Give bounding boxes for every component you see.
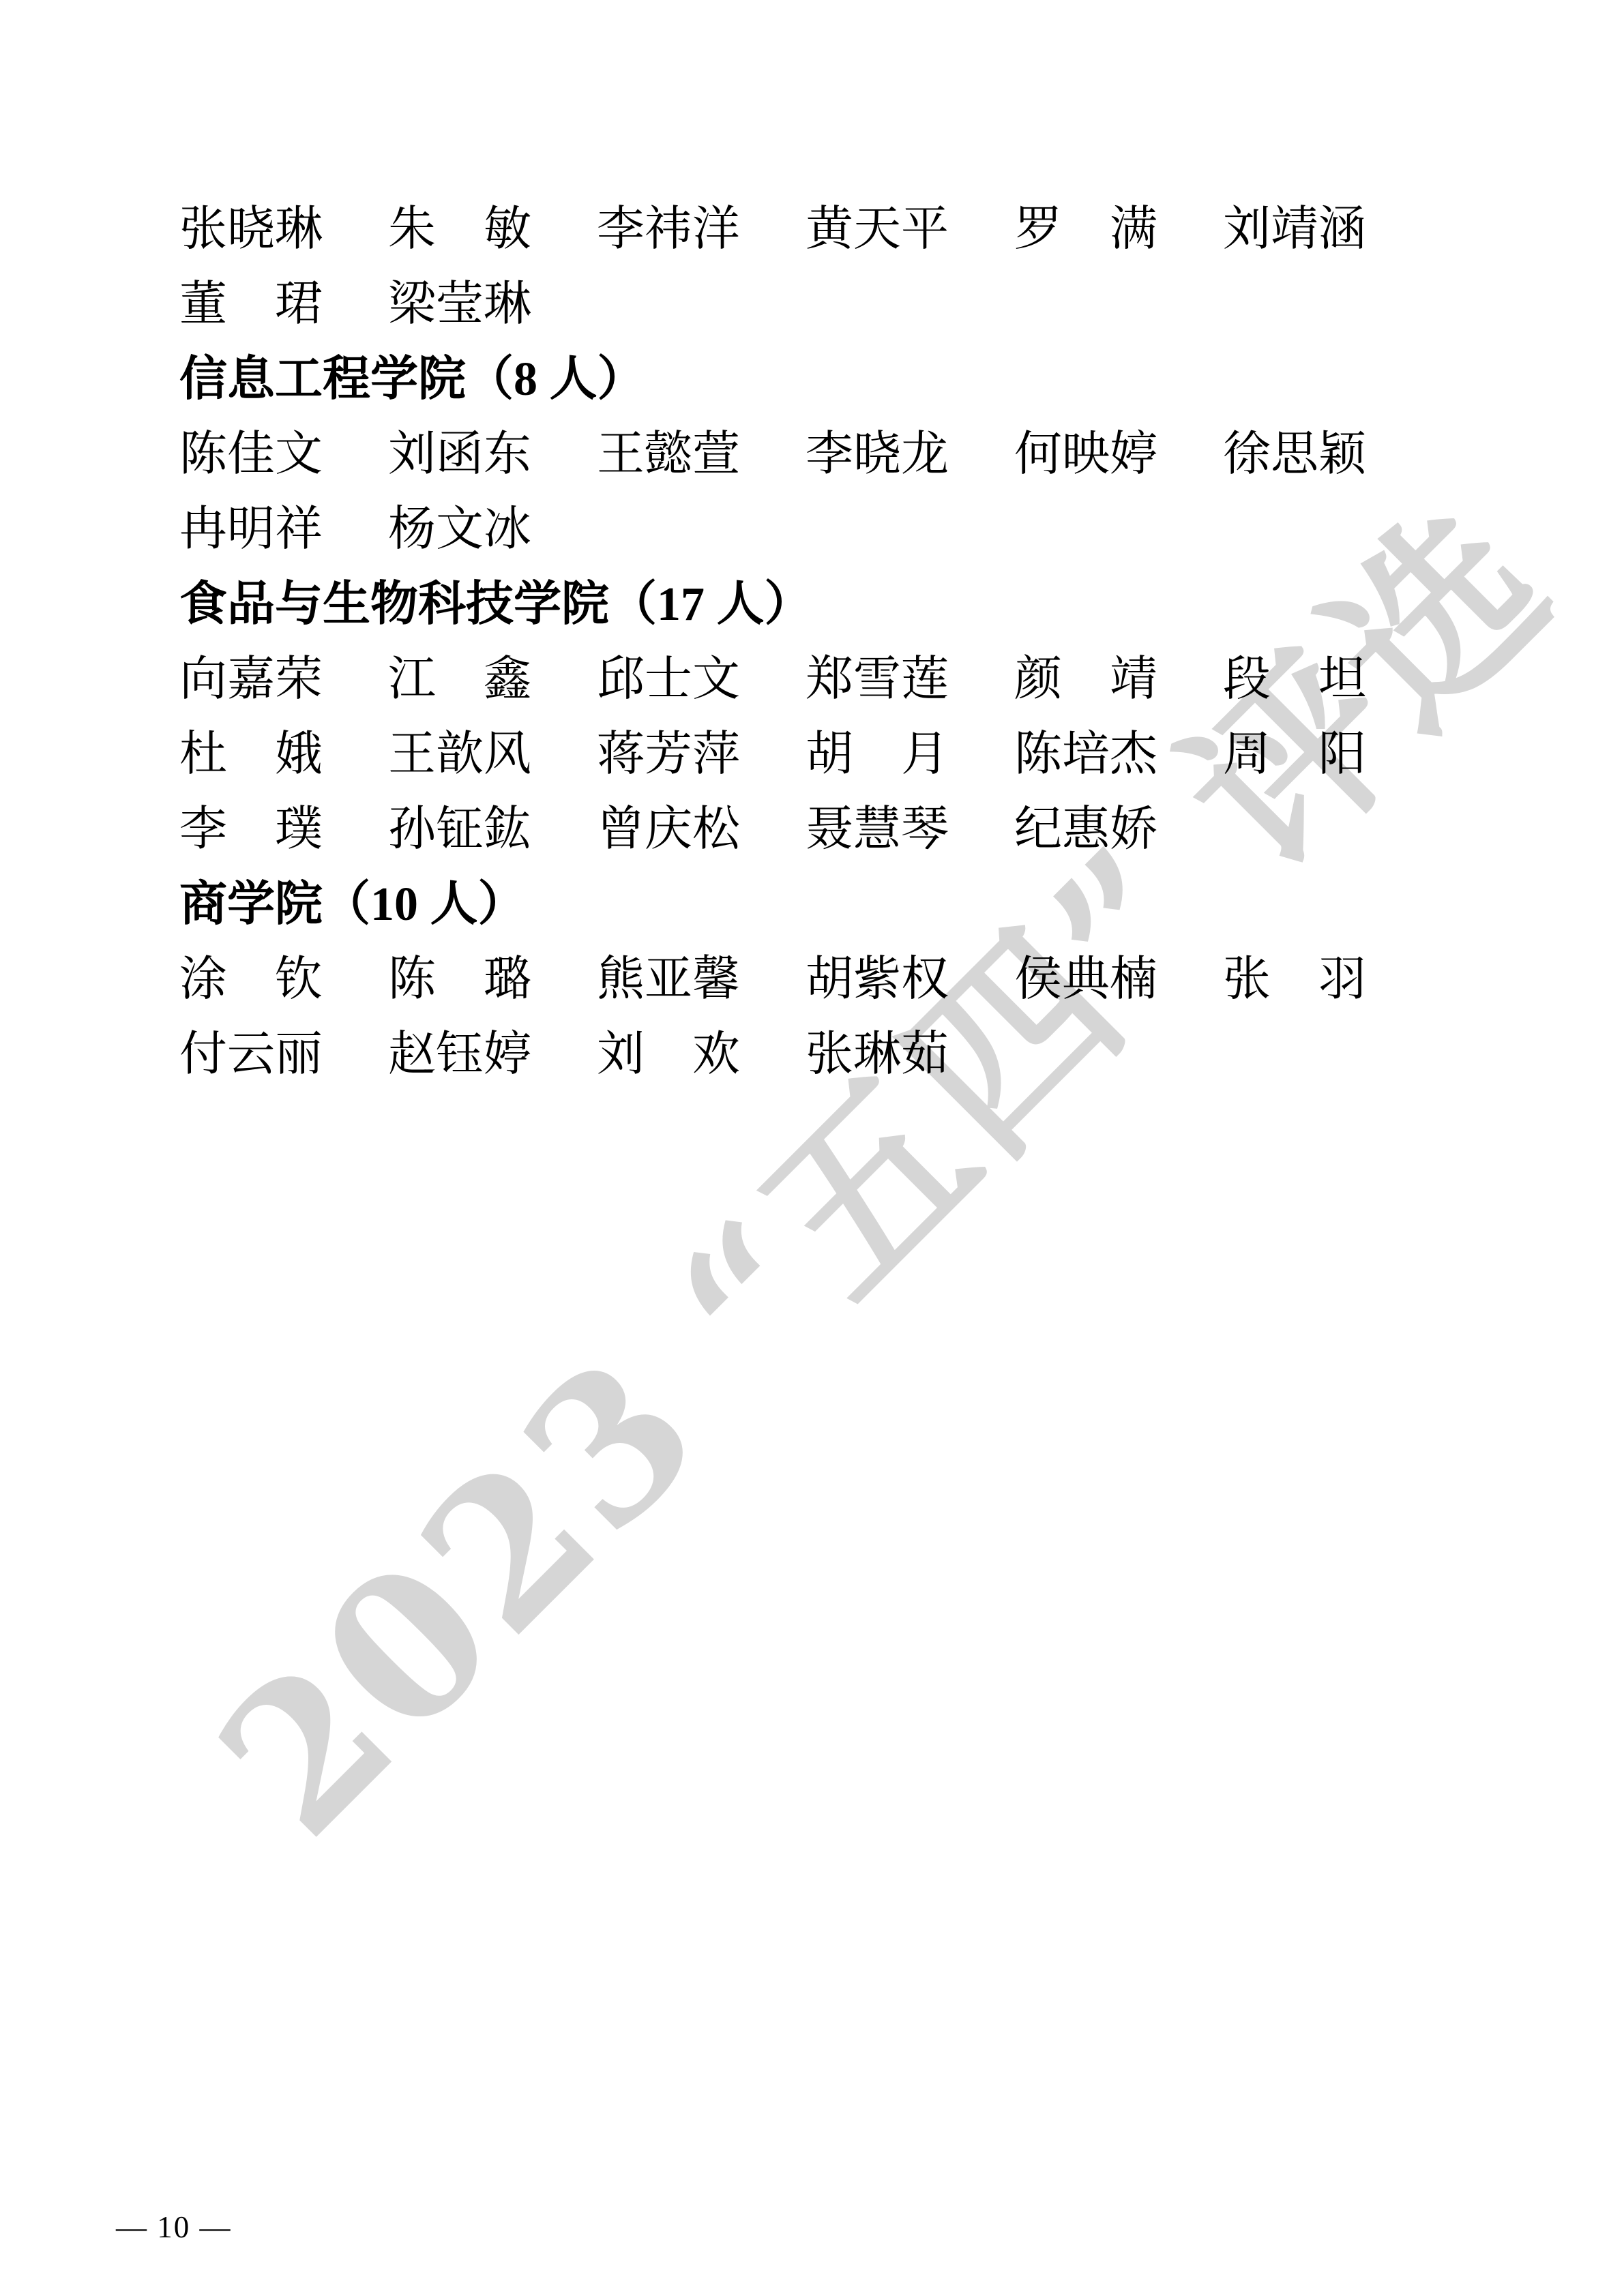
student-name: 侯典楠 — [1014, 942, 1159, 1017]
student-name: 张 羽 — [1223, 942, 1368, 1017]
student-name: 李祎洋 — [597, 192, 741, 267]
name-row: 杜 娥 王歆风 蒋芳萍 胡 月 陈培杰 周 阳 — [179, 717, 1475, 792]
student-name: 涂 钦 — [179, 942, 324, 1017]
name-row: 李 璞 孙钲鈜 曾庆松 聂慧琴 纪惠娇 — [179, 792, 1475, 867]
student-name: 赵钰婷 — [388, 1017, 533, 1092]
student-name: 郑雪莲 — [806, 642, 950, 717]
student-name: 李晓龙 — [806, 417, 950, 492]
student-name: 陈 璐 — [388, 942, 533, 1017]
student-name: 刘函东 — [388, 417, 533, 492]
document-page: 2023 “五四” 评选 张晓琳 朱 敏 李祎洋 黄天平 罗 满 刘靖涵 董 珺… — [0, 0, 1624, 2296]
name-row: 付云丽 赵钰婷 刘 欢 张琳茹 — [179, 1017, 1475, 1092]
student-name: 蒋芳萍 — [597, 717, 741, 792]
student-name: 杨文冰 — [388, 492, 533, 567]
student-name: 聂慧琴 — [806, 792, 950, 867]
student-name: 段 坦 — [1223, 642, 1368, 717]
student-name: 陈佳文 — [179, 417, 324, 492]
student-name: 刘 欢 — [597, 1017, 741, 1092]
name-row: 陈佳文 刘函东 王懿萱 李晓龙 何映婷 徐思颖 — [179, 417, 1475, 492]
student-name: 江 鑫 — [388, 642, 533, 717]
student-name: 何映婷 — [1014, 417, 1159, 492]
name-row: 张晓琳 朱 敏 李祎洋 黄天平 罗 满 刘靖涵 — [179, 192, 1475, 267]
student-name: 徐思颖 — [1223, 417, 1368, 492]
student-name: 陈培杰 — [1014, 717, 1159, 792]
student-name: 胡紫权 — [806, 942, 950, 1017]
student-name: 王歆风 — [388, 717, 533, 792]
student-name: 熊亚馨 — [597, 942, 741, 1017]
section-heading-food-biotech: 食品与生物科技学院（17 人） — [179, 567, 1475, 642]
student-name: 杜 娥 — [179, 717, 324, 792]
name-row: 向嘉荣 江 鑫 邱士文 郑雪莲 颜 靖 段 坦 — [179, 642, 1475, 717]
student-name: 纪惠娇 — [1014, 792, 1159, 867]
student-name: 曾庆松 — [597, 792, 741, 867]
student-name: 罗 满 — [1014, 192, 1159, 267]
page-number: — 10 — — [116, 2212, 232, 2243]
student-name: 黄天平 — [806, 192, 950, 267]
student-name: 胡 月 — [806, 717, 950, 792]
student-name: 张琳茹 — [806, 1017, 950, 1092]
document-content: 张晓琳 朱 敏 李祎洋 黄天平 罗 满 刘靖涵 董 珺 梁莹琳 信息工程学院（8… — [179, 192, 1475, 1092]
student-name: 向嘉荣 — [179, 642, 324, 717]
student-name: 冉明祥 — [179, 492, 324, 567]
student-name: 周 阳 — [1223, 717, 1368, 792]
student-name: 张晓琳 — [179, 192, 324, 267]
student-name: 董 珺 — [179, 267, 324, 342]
name-row: 董 珺 梁莹琳 — [179, 267, 1475, 342]
section-heading-information-engineering: 信息工程学院（8 人） — [179, 342, 1475, 417]
student-name: 刘靖涵 — [1223, 192, 1368, 267]
student-name: 孙钲鈜 — [388, 792, 533, 867]
student-name: 李 璞 — [179, 792, 324, 867]
name-row: 涂 钦 陈 璐 熊亚馨 胡紫权 侯典楠 张 羽 — [179, 942, 1475, 1017]
student-name: 王懿萱 — [597, 417, 741, 492]
name-row: 冉明祥 杨文冰 — [179, 492, 1475, 567]
student-name: 付云丽 — [179, 1017, 324, 1092]
section-heading-business-school: 商学院（10 人） — [179, 867, 1475, 942]
student-name: 朱 敏 — [388, 192, 533, 267]
student-name: 颜 靖 — [1014, 642, 1159, 717]
student-name: 邱士文 — [597, 642, 741, 717]
student-name: 梁莹琳 — [388, 267, 533, 342]
